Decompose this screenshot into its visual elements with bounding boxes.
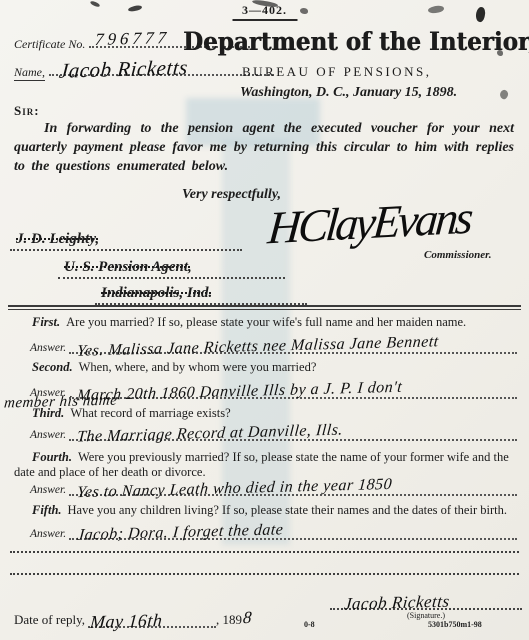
form-number: 3—402. (232, 3, 297, 21)
dateline: Washington, D. C., January 15, 1898. (240, 85, 457, 101)
question-second: Second.When, where, and by whom were you… (14, 360, 515, 375)
question-text: Are you married? If so, please state you… (66, 315, 466, 329)
answer-label: Answer. (30, 528, 66, 540)
name-value: Jacob Ricketts (58, 55, 189, 83)
date-of-reply-value: May 16th (89, 610, 163, 633)
document-page: 3—402. Certificate No. 796777 Department… (0, 0, 529, 640)
answer-line: Yes. Malissa Jane Ricketts nee Malissa J… (69, 333, 517, 354)
closing: Very respectfully, (182, 187, 281, 203)
addressee-line: U. S. Pension Agent, (58, 259, 285, 279)
question-text: When, where, and by whom were you marrie… (79, 360, 317, 374)
date-of-reply-year-printed: , 189 (216, 612, 242, 628)
answer-value: The Marriage Record at Danville, Ills. (76, 421, 343, 446)
addressee-line: J. D. Leighty, (10, 231, 242, 251)
respondent-signature: Jacob Ricketts (343, 592, 450, 615)
name-field: Jacob Ricketts (49, 58, 274, 76)
addressee-line: Indianapolis, Ind. (95, 285, 307, 305)
question-first: First.Are you married? If so, please sta… (14, 315, 515, 330)
answer-label: Answer. (30, 484, 66, 496)
certificate-label: Certificate No. (14, 37, 85, 52)
department-title: Department of the Interior, (183, 27, 529, 56)
question-ordinal: Second. (32, 360, 73, 374)
print-code-left: 0-8 (304, 620, 315, 629)
body-paragraph: In forwarding to the pension agent the e… (14, 119, 514, 176)
date-of-reply-label: Date of reply, (14, 612, 85, 628)
answer-label: Answer. (30, 429, 66, 441)
question-fifth: Fifth.Have you any children living? If s… (14, 503, 515, 518)
ink-mark (90, 0, 101, 7)
date-of-reply-year-written: 8 (242, 608, 253, 628)
signature-line: Jacob Ricketts (330, 588, 522, 610)
question-ordinal: Fifth. (32, 503, 62, 517)
date-of-reply-field: May 16th (88, 610, 216, 628)
answer-fourth: Answer. Yes to Nancy Leath who died in t… (30, 475, 517, 496)
certificate-value: 796777 (95, 28, 172, 50)
commissioner-title: Commissioner. (424, 249, 492, 261)
name-row: Name, Jacob Ricketts (14, 58, 274, 81)
blank-answer-line (10, 573, 519, 575)
name-label: Name, (14, 65, 45, 81)
question-text: What record of marriage exists? (70, 406, 230, 420)
question-ordinal: Third. (32, 406, 64, 420)
ink-mark (474, 6, 486, 23)
question-third: Third.What record of marriage exists? (14, 406, 515, 421)
ink-mark (128, 4, 143, 12)
commissioner-signature: HClayEvans (266, 191, 473, 255)
print-code-right: 5301b750m1-98 (428, 620, 482, 629)
signature-block: Jacob Ricketts (Signature.) (330, 588, 522, 620)
salutation: Sir: (14, 103, 40, 119)
question-ordinal: Fourth. (32, 450, 72, 464)
answer-line: Jacob; Dora. I forget the date (69, 519, 517, 540)
answer-line: Yes to Nancy Leath who died in the year … (69, 475, 517, 496)
date-of-reply-row: Date of reply, May 16th , 189 8 (14, 608, 252, 628)
answer-fifth: Answer. Jacob; Dora. I forget the date (30, 519, 517, 540)
bureau-title: BUREAU OF PENSIONS, (242, 64, 431, 80)
blank-answer-line (10, 551, 519, 553)
answer-line: The Marriage Record at Danville, Ills. (69, 420, 517, 441)
ink-mark (498, 89, 509, 101)
question-text: Have you any children living? If so, ple… (68, 503, 507, 517)
ink-mark (427, 4, 444, 14)
section-divider (8, 305, 521, 310)
answer-third: Answer. The Marriage Record at Danville,… (30, 420, 517, 441)
answer-line: March 20th 1860 Danville Ills by a J. P.… (69, 378, 517, 399)
question-ordinal: First. (32, 315, 60, 329)
answer-label: Answer. (30, 342, 66, 354)
answer-first: Answer. Yes. Malissa Jane Ricketts nee M… (30, 333, 517, 354)
ink-mark (300, 8, 308, 14)
